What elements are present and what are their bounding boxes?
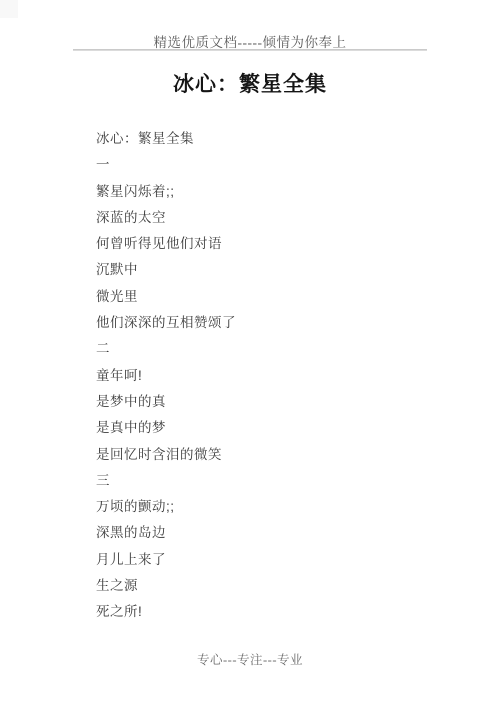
poem-line: 冰心：繁星全集: [96, 128, 460, 154]
poem-line: 繁星闪烁着;;: [96, 181, 460, 207]
poem-line: 深黑的岛边: [96, 522, 460, 548]
poem-line: 何曾听得见他们对语: [96, 233, 460, 259]
poem-line: 生之源: [96, 575, 460, 601]
header-divider-line: [73, 49, 427, 51]
poem-line: 沉默中: [96, 259, 460, 285]
poem-line: 是真中的梦: [96, 417, 460, 443]
page-title: 冰心：繁星全集: [0, 68, 500, 98]
document-footer-slogan: 专心---专注---专业: [0, 650, 500, 668]
document-page: 精选优质文档-----倾情为你奉上 冰心：繁星全集 冰心：繁星全集一繁星闪烁着;…: [0, 0, 500, 708]
poem-line: 二: [96, 338, 460, 364]
corner-scan-artifact: [0, 0, 18, 18]
poem-line: 微光里: [96, 286, 460, 312]
poem-line: 是回忆时含泪的微笑: [96, 444, 460, 470]
poem-line: 月儿上来了: [96, 549, 460, 575]
poem-line: 童年呵!: [96, 365, 460, 391]
poem-line: 万顷的颤动;;: [96, 496, 460, 522]
poem-line: 一: [96, 154, 460, 180]
poem-body: 冰心：繁星全集一繁星闪烁着;;深蓝的太空何曾听得见他们对语沉默中微光里他们深深的…: [96, 128, 460, 628]
poem-line: 三: [96, 470, 460, 496]
poem-line: 他们深深的互相赞颂了: [96, 312, 460, 338]
poem-line: 死之所!: [96, 601, 460, 627]
poem-line: 深蓝的太空: [96, 207, 460, 233]
document-header-slogan: 精选优质文档-----倾情为你奉上: [0, 31, 500, 51]
poem-line: 是梦中的真: [96, 391, 460, 417]
